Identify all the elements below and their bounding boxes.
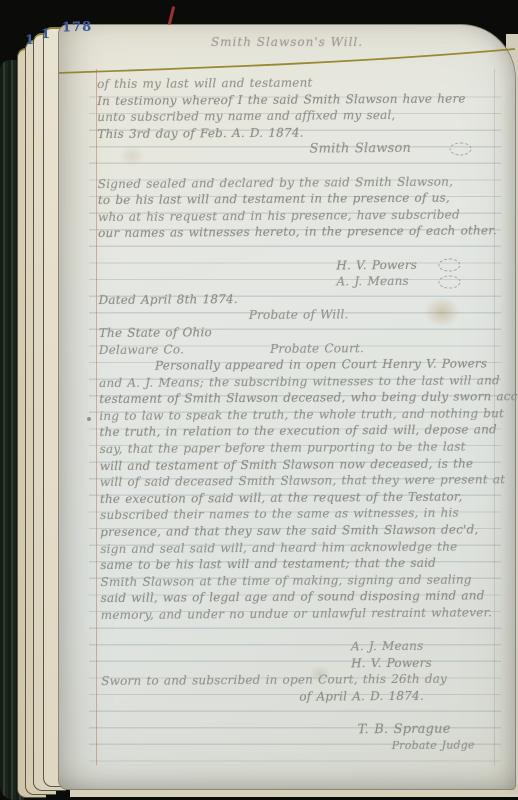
manuscript-line <box>98 240 498 259</box>
page-number-under: 1 <box>41 27 50 42</box>
manuscript-line: Delaware Co.Probate Court. <box>99 340 499 359</box>
manuscript-line: A. J. Means <box>98 273 498 292</box>
manuscript-line: and A. J. Means; the subscribing witness… <box>99 373 499 392</box>
manuscript-text: subscribed their names to the same as wi… <box>100 506 459 523</box>
manuscript-text: This 3rd day of Feb. A. D. 1874. <box>97 125 303 140</box>
manuscript-text: Probate Judge <box>392 738 475 752</box>
manuscript-text: said will, was of legal age and of sound… <box>101 589 485 606</box>
manuscript-text: Smith Slawson at the time of making, sig… <box>100 572 471 589</box>
book-photo: 178 1 1 Smith Slawson's Will. of this my… <box>0 0 518 800</box>
manuscript-line: Signed sealed and declared by the said S… <box>98 174 498 193</box>
manuscript-line: A. J. Means <box>101 638 501 657</box>
manuscript-text: H. V. Powers <box>351 655 432 670</box>
manuscript-line: Sworn to and subscribed in open Court, t… <box>101 672 501 691</box>
manuscript-text: our names as witnesses hereto, in the pr… <box>98 224 497 241</box>
manuscript-text: and A. J. Means; the subscribing witness… <box>99 373 500 390</box>
manuscript-line: Probate Judge <box>102 738 502 757</box>
manuscript-text: Delaware Co. <box>99 342 184 357</box>
manuscript-text: unto subscribed my name and affixed my s… <box>97 108 395 124</box>
manuscript-text: A. J. Means <box>336 274 409 289</box>
seal-icon <box>438 275 460 288</box>
manuscript-text: the truth, in relation to the execution … <box>99 423 497 440</box>
manuscript-text: Probate of Will. <box>249 308 349 323</box>
manuscript-line: of this my last will and testament <box>97 74 497 93</box>
manuscript-text: Smith Slawson <box>309 141 411 157</box>
manuscript-text: sign and seal said will, and heard him a… <box>100 539 457 555</box>
manuscript: of this my last will and testamentIn tes… <box>97 74 502 757</box>
manuscript-text: Probate Court. <box>270 341 364 356</box>
manuscript-text: same to be his last will and testament; … <box>100 556 436 572</box>
manuscript-text: say, that the paper before them purporti… <box>100 439 466 456</box>
manuscript-text: Dated April 8th 1874. <box>99 292 238 307</box>
manuscript-text: who at his request and in his presence, … <box>98 207 460 224</box>
seal-icon <box>438 259 460 272</box>
manuscript-text: Sworn to and subscribed in open Court, t… <box>101 672 447 688</box>
manuscript-text: to be his last will and testament in the… <box>98 191 450 207</box>
manuscript-text: A. J. Means <box>351 639 424 654</box>
manuscript-line: Probate of Will. <box>99 307 499 326</box>
manuscript-text: In testimony whereof I the said Smith Sl… <box>97 91 466 108</box>
manuscript-line: Smith Slawson at the time of making, sig… <box>100 572 500 591</box>
manuscript-line: sign and seal said will, and heard him a… <box>100 539 500 558</box>
manuscript-line: ing to law to speak the truth, the whole… <box>99 406 499 425</box>
ledger-page: Smith Slawson's Will. of this my last wi… <box>58 24 516 790</box>
manuscript-line: will of said deceased Smith Slawson, tha… <box>100 472 500 491</box>
manuscript-line: subscribed their names to the same as wi… <box>100 506 500 525</box>
seal-icon <box>449 143 471 156</box>
manuscript-line: who at his request and in his presence, … <box>98 207 498 226</box>
manuscript-line: say, that the paper before them purporti… <box>100 439 500 458</box>
manuscript-text: Personally appeared in open Court Henry … <box>155 356 487 372</box>
manuscript-text: ing to law to speak the truth, the whole… <box>99 406 504 423</box>
manuscript-line: Smith Slawson <box>97 141 497 160</box>
manuscript-text: the execution of said will, at the reque… <box>100 489 463 506</box>
manuscript-text: will and testament of Smith Slawson now … <box>100 456 474 473</box>
manuscript-line <box>101 705 501 724</box>
page-number-under: 1 <box>25 33 33 48</box>
manuscript-line: unto subscribed my name and affixed my s… <box>97 107 497 126</box>
manuscript-text: of this my last will and testament <box>97 75 313 91</box>
manuscript-text: of April A. D. 1874. <box>299 689 424 704</box>
manuscript-line: memory, and under no undue or unlawful r… <box>101 605 501 624</box>
manuscript-text: Signed sealed and declared by the said S… <box>98 174 453 190</box>
page-number: 178 <box>62 19 93 35</box>
manuscript-text: memory, and under no undue or unlawful r… <box>101 605 492 622</box>
manuscript-text: H. V. Powers <box>336 257 417 272</box>
manuscript-text: presence, and that they saw the said Smi… <box>100 522 478 539</box>
manuscript-text: will of said deceased Smith Slawson, tha… <box>100 472 505 489</box>
manuscript-text: The State of Ohio <box>99 325 212 340</box>
manuscript-text: T. B. Sprague <box>358 722 451 738</box>
red-ink-mark <box>168 6 175 25</box>
